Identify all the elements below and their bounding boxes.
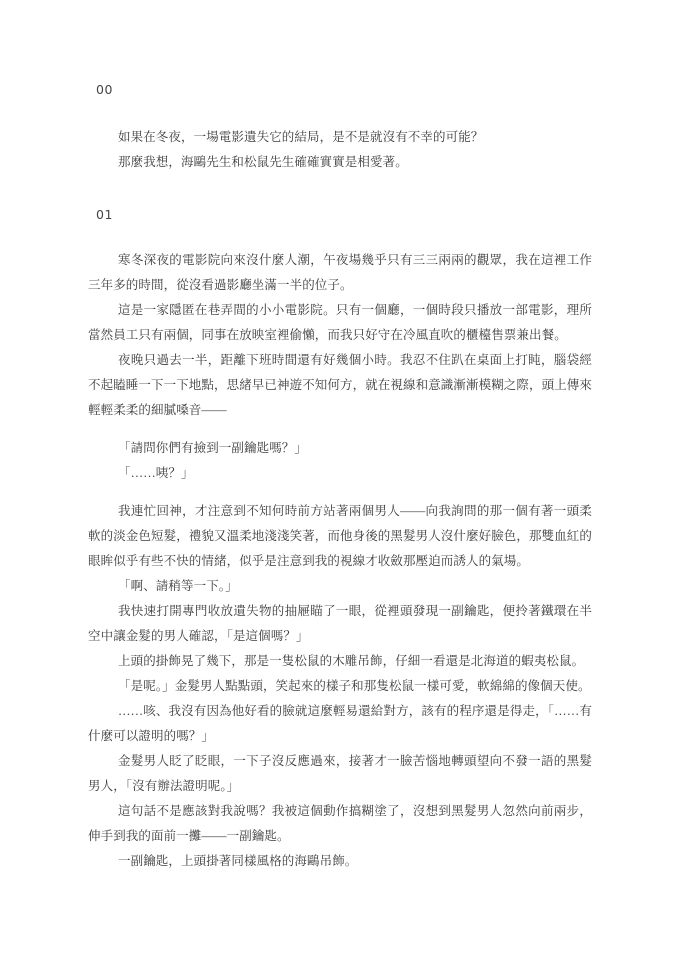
paragraph: 寒冬深夜的電影院向來沒什麼人潮，午夜場幾乎只有三三兩兩的觀眾，我在這裡工作三年多… [88, 248, 592, 298]
novel-text-column: 00 如果在冬夜，一場電影遺失它的結局，是不是就沒有不幸的可能？ 那麼我想，海鷗… [88, 0, 592, 874]
paragraph: 我快速打開專門收放遺失物的抽屜瞄了一眼，從裡頭發現一副鑰匙，便拎著鐵環在半空中讓… [88, 599, 592, 649]
section-marker-01: 01 [88, 202, 592, 227]
document-page: 00 如果在冬夜，一場電影遺失它的結局，是不是就沒有不幸的可能？ 那麼我想，海鷗… [0, 0, 679, 960]
paragraph: 我連忙回神，才注意到不知何時前方站著兩個男人——向我詢問的那一個有著一頭柔軟的淡… [88, 499, 592, 574]
paragraph: 如果在冬夜，一場電影遺失它的結局，是不是就沒有不幸的可能？ [88, 125, 592, 150]
paragraph: 「是呢。」金髮男人點點頭，笑起來的樣子和那隻松鼠一樣可愛，軟綿綿的像個天使。 [88, 674, 592, 699]
paragraph: 夜晚只過去一半，距離下班時間還有好幾個小時。我忍不住趴在桌面上打盹，腦袋經不起瞌… [88, 348, 592, 423]
paragraph-dialogue: 「啊、請稍等一下。」 [88, 574, 592, 599]
paragraph-dialogue: 「……咦？」 [88, 461, 592, 486]
paragraph: 上頭的掛飾晃了幾下，那是一隻松鼠的木雕吊飾，仔細一看還是北海道的蝦夷松鼠。 [88, 649, 592, 674]
paragraph: 那麼我想，海鷗先生和松鼠先生確確實實是相愛著。 [88, 150, 592, 175]
paragraph: ……咳、我沒有因為他好看的臉就這麼輕易還給對方，該有的程序還是得走，「……有什麼… [88, 699, 592, 749]
paragraph-dialogue: 「請問你們有撿到一副鑰匙嗎？」 [88, 436, 592, 461]
paragraph: 這是一家隱匿在巷弄間的小小電影院。只有一個廳，一個時段只播放一部電影，理所當然員… [88, 298, 592, 348]
paragraph: 這句話不是應該對我說嗎？我被這個動作搞糊塗了，沒想到黑髮男人忽然向前兩步，伸手到… [88, 799, 592, 849]
paragraph: 金髮男人眨了眨眼，一下子沒反應過來，接著才一臉苦惱地轉頭望向不發一語的黑髮男人，… [88, 749, 592, 799]
section-marker-00: 00 [88, 77, 592, 102]
paragraph: 一副鑰匙，上頭掛著同樣風格的海鷗吊飾。 [88, 849, 592, 874]
